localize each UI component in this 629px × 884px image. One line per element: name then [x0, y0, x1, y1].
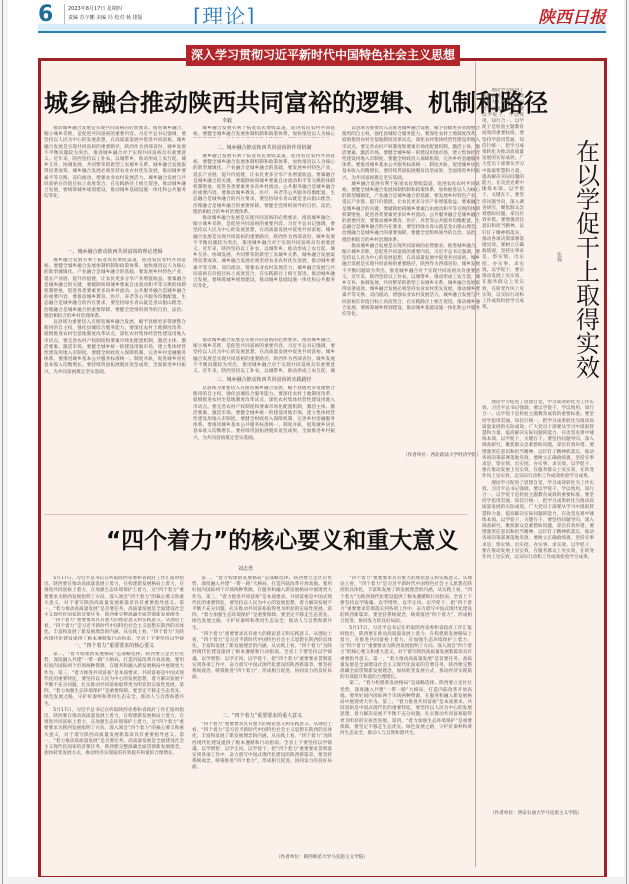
header-rule	[38, 31, 606, 33]
header-band	[38, 24, 606, 31]
editors-line: 责编 苏宇鹏 美编 冯 校对 杨 排版	[68, 14, 143, 21]
article2-column-1c: “四个着力”重要要求具有重大的理论意义和实践意义。从理论上看，“四个着力”是习近…	[44, 618, 184, 640]
article2-heading-2: 二、“四个着力”重要要求的重大意义	[192, 712, 332, 719]
article1-column-1: 推动城乡融合发展是实现共同富裕的必然要求。推进城乡融合，缩小城乡差距，是促进共同…	[44, 126, 186, 244]
slogan-banner: 深入学习贯彻习近平新时代中国特色社会主义思想	[186, 45, 460, 66]
sidebar-title: 在以学促干上取得实效	[574, 140, 602, 380]
article2-column-1: 第二，“着力构建新发展格局”是战略选择。陕西要立足区位优势，深度融入共建“一带一…	[44, 652, 184, 864]
article1-heading-3: 三、城乡融合推动陕西共同富裕的实践路径	[193, 376, 335, 383]
article1-column-2a: 城乡融合发展有利于拓宽农民增收渠道，促进农民农村共同富裕。要健全城乡融合发展体制…	[193, 126, 335, 138]
article1-column-3: 以县域为重要切入点推进城乡融合发展，赋予县级更多资源整合使用的自主权，强化县城综…	[342, 126, 480, 444]
article1-author: 李毅	[222, 117, 232, 124]
article1-column-2: 城乡融合发展有利于拓宽农民增收渠道，促进农民农村共同富裕。要健全城乡融合发展体制…	[193, 154, 335, 332]
newspaper-page: 6 2023年8月17日 星期四 责编 苏宇鹏 美编 冯 校对 杨 排版 [理论…	[8, 0, 624, 884]
article2-author-unit: （作者单位：陕西师范大学马克思主义学院）	[276, 854, 368, 860]
viewer-frame-right	[626, 0, 627, 884]
article1-column-1b: 城乡融合发展有利于拓宽农民增收渠道，促进农民农村共同富裕。要健全城乡融合发展体制…	[44, 258, 186, 508]
article2-column-1a: 5月17日，习近平总书记在听取陕西省委和省政府工作汇报时指出，陕西要在推动高质量…	[44, 576, 184, 616]
article2-heading-1: 一、“四个着力”重要要求的核心要义	[44, 642, 184, 649]
article-divider	[44, 514, 468, 515]
article1-title: 城乡融合推动陕西共同富裕的逻辑、机制和路径	[44, 83, 548, 118]
header-divider	[64, 4, 65, 24]
article1-heading-2: 二、城乡融合推动陕西共同富裕的作用机制	[193, 144, 335, 151]
article2-title: “四个着力”的核心要义和重大意义	[106, 522, 458, 555]
article1-column-2b: 以县域为重要切入点推进城乡融合发展，赋予县级更多资源整合使用的自主权，强化县城综…	[193, 386, 335, 506]
sidebar-text-narrow: 理论学习促进了思想自觉，学习成效转化为工作实效。习近平总书记强调，要以学促干，学…	[482, 88, 524, 396]
article2-column-2: 第二，“着力构建新发展格局”是战略选择。陕西要立足区位优势，深度融入共建“一带一…	[192, 576, 332, 706]
article2-column-3: “四个着力”重要要求具有重大的理论意义和实践意义。从理论上看，“四个着力”是习近…	[340, 576, 472, 848]
article2-author: 刘志勇	[238, 565, 253, 572]
issue-date: 2023年8月17日 星期四	[68, 5, 122, 12]
article1-author-unit: （作者单位：西北政法大学经济学院）	[403, 452, 481, 458]
sidebar-author: 张扬	[556, 252, 563, 262]
page-bottom-margin	[8, 877, 624, 884]
article2-column-2b: “四个着力”重要要求具有重大的理论意义和实践意义。从理论上看，“四个着力”是习近…	[192, 722, 332, 846]
sidebar-divider	[475, 62, 476, 867]
article1-column-2c: 推动城乡融合发展是实现共同富裕的必然要求。推进城乡融合，缩小城乡差距，是促进共同…	[193, 338, 335, 374]
sidebar-author-unit: （作者单位：西安石油大学马克思主义学院）	[490, 810, 582, 816]
sidebar-text-wide: 理论学习促进了思想自觉，学习成效转化为工作实效。习近平总书记强调，要以学促干，学…	[482, 400, 594, 804]
viewer-frame-left	[2, 0, 3, 884]
article1-heading-1: 一、城乡融合推动陕西共同富裕的理论逻辑	[44, 248, 186, 255]
